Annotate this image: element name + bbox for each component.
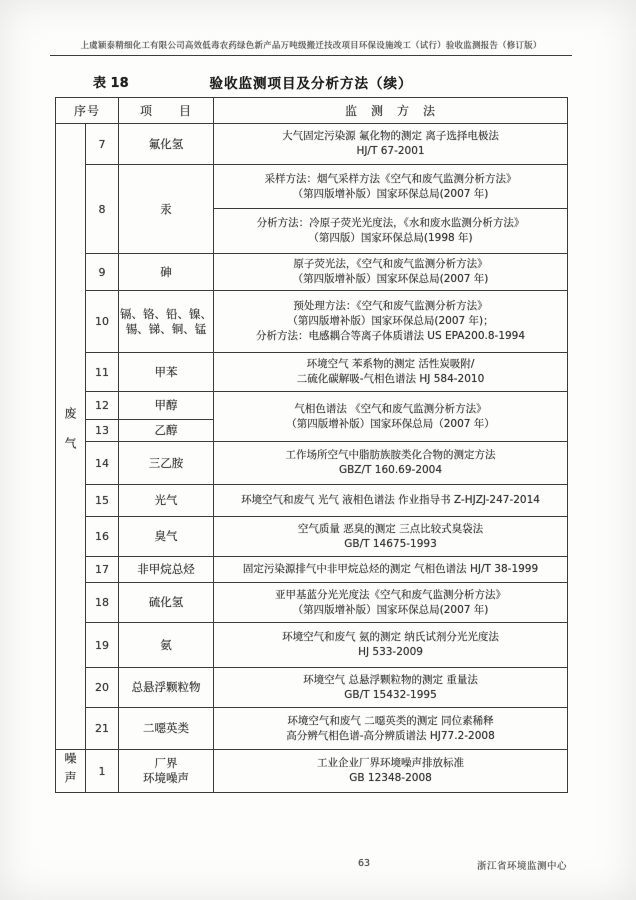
item-cell: 镉、铬、铅、镍、 锡、锑、铜、锰 [119, 291, 214, 353]
table-row: 8 汞 采样方法：烟气采样方法《空气和废气监测分析方法》 （第四版增补版）国家环… [56, 165, 568, 209]
document-page: 上虞颖泰精细化工有限公司高效低毒农药绿色新产品万吨级搬迁技改项目环保设施竣工（试… [0, 0, 636, 900]
table-row: 21 二噁英类 环境空气和废气 二噁英类的测定 同位素稀释 高分辨气相色谱-高分… [56, 708, 568, 750]
method-cell: 工业企业厂界环境噪声排放标准 GB 12348-2008 [214, 750, 568, 793]
method-line: GB/T 14675-1993 [214, 537, 567, 552]
table-row: 17 非甲烷总烃 固定污染源排气中非甲烷总烃的测定 气相色谱法 HJ/T 38-… [56, 557, 568, 583]
running-header: 上虞颖泰精细化工有限公司高效低毒农药绿色新产品万吨级搬迁技改项目环保设施竣工（试… [50, 39, 572, 56]
table-row: 15 光气 环境空气和废气 光气 液相色谱法 作业指导书 Z-HJZJ-247-… [56, 485, 568, 517]
table-row: 废气 7 氟化氢 大气固定污染源 氟化物的测定 离子选择电极法 HJ/T 67-… [56, 124, 568, 165]
page-number: 63 [358, 858, 370, 869]
method-cell-analysis: 分析方法：冷原子荧光光度法，《水和废水监测分析方法》 （第四版）国家环保总局(1… [214, 209, 568, 254]
seq-cell: 9 [86, 254, 119, 291]
item-cell: 硫化氢 [119, 583, 214, 623]
seq-cell: 14 [86, 442, 119, 485]
table-row: 11 甲苯 环境空气 苯系物的测定 活性炭吸附/ 二硫化碳解吸-气相色谱法 HJ… [56, 353, 568, 392]
seq-cell: 7 [86, 124, 119, 165]
method-line: 高分辨气相色谱-高分辨质谱法 HJ77.2-2008 [214, 729, 567, 744]
item-line: 锡、锑、铜、锰 [119, 322, 213, 337]
seq-cell: 11 [86, 353, 119, 392]
table-row: 12 甲醇 气相色谱法 《空气和废气监测分析方法》 （第四版增补版）国家环保总局… [56, 392, 568, 420]
item-line: 环境噪声 [119, 771, 213, 786]
method-line: 气相色谱法 《空气和废气监测分析方法》 [214, 402, 567, 417]
seq-cell: 16 [86, 517, 119, 557]
table-row: 16 臭气 空气质量 恶臭的测定 三点比较式臭袋法 GB/T 14675-199… [56, 517, 568, 557]
table-row: 10 镉、铬、铅、镍、 锡、锑、铜、锰 预处理方法：《空气和废气监测分析方法》 … [56, 291, 568, 353]
seq-cell: 12 [86, 392, 119, 420]
seq-cell: 10 [86, 291, 119, 353]
method-line: 环境空气和废气 氨的测定 纳氏试剂分光光度法 [214, 630, 567, 645]
method-line: 固定污染源排气中非甲烷总烃的测定 气相色谱法 HJ/T 38-1999 [214, 562, 567, 577]
item-line: 厂界 [119, 756, 213, 771]
method-line: HJ 533-2009 [214, 645, 567, 660]
seq-cell: 18 [86, 583, 119, 623]
title-row: 表 18 验收监测项目及分析方法（续） [55, 72, 567, 92]
item-cell: 二噁英类 [119, 708, 214, 750]
item-cell: 乙醇 [119, 420, 214, 442]
item-cell: 厂界 环境噪声 [119, 750, 214, 793]
item-cell: 氟化氢 [119, 124, 214, 165]
header-method: 监 测 方 法 [214, 98, 568, 124]
method-line: （第四版增补版）国家环保总局(2007 年)； [214, 314, 567, 329]
method-line: GB/T 15432-1995 [214, 688, 567, 703]
method-line: 大气固定污染源 氟化物的测定 离子选择电极法 [214, 129, 567, 144]
method-line: 采样方法：烟气采样方法《空气和废气监测分析方法》 [214, 172, 567, 187]
method-cell: 环境空气和废气 光气 液相色谱法 作业指导书 Z-HJZJ-247-2014 [214, 485, 568, 517]
method-line: GB 12348-2008 [214, 771, 567, 786]
item-cell: 非甲烷总烃 [119, 557, 214, 583]
item-cell: 氨 [119, 623, 214, 668]
item-cell: 臭气 [119, 517, 214, 557]
row-group-label-gas: 废气 [56, 124, 86, 750]
table-header-row: 序号 项 目 监 测 方 法 [56, 98, 568, 124]
item-cell: 砷 [119, 254, 214, 291]
method-line: 环境空气 苯系物的测定 活性炭吸附/ [214, 357, 567, 372]
table-row: 19 氨 环境空气和废气 氨的测定 纳氏试剂分光光度法 HJ 533-2009 [56, 623, 568, 668]
method-cell: 环境空气和废气 氨的测定 纳氏试剂分光光度法 HJ 533-2009 [214, 623, 568, 668]
method-cell: 固定污染源排气中非甲烷总烃的测定 气相色谱法 HJ/T 38-1999 [214, 557, 568, 583]
method-cell: 环境空气 总悬浮颗粒物的测定 重量法 GB/T 15432-1995 [214, 668, 568, 708]
method-cell: 环境空气和废气 二噁英类的测定 同位素稀释 高分辨气相色谱-高分辨质谱法 HJ7… [214, 708, 568, 750]
method-cell-shared: 气相色谱法 《空气和废气监测分析方法》 （第四版增补版）国家环保总局（2007 … [214, 392, 568, 442]
method-line: （第四版增补版）国家环保总局（2007 年） [214, 417, 567, 432]
monitoring-methods-table: 序号 项 目 监 测 方 法 废气 7 氟化氢 大气固定污染源 氟化物的测定 离… [55, 97, 568, 793]
seq-cell: 15 [86, 485, 119, 517]
method-cell-sampling: 采样方法：烟气采样方法《空气和废气监测分析方法》 （第四版增补版）国家环保总局(… [214, 165, 568, 209]
item-cell: 光气 [119, 485, 214, 517]
seq-cell: 19 [86, 623, 119, 668]
seq-cell: 21 [86, 708, 119, 750]
method-cell: 原子荧光法，《空气和废气监测分析方法》 （第四版增补版）国家环保总局(2007 … [214, 254, 568, 291]
seq-cell: 20 [86, 668, 119, 708]
method-cell: 空气质量 恶臭的测定 三点比较式臭袋法 GB/T 14675-1993 [214, 517, 568, 557]
row-group-label-noise: 噪声 [56, 750, 86, 793]
method-cell: 环境空气 苯系物的测定 活性炭吸附/ 二硫化碳解吸-气相色谱法 HJ 584-2… [214, 353, 568, 392]
method-line: 原子荧光法，《空气和废气监测分析方法》 [214, 257, 567, 272]
method-cell: 亚甲基蓝分光光度法《空气和废气监测分析方法》 （第四版增补版）国家环保总局(20… [214, 583, 568, 623]
method-line: （第四版增补版）国家环保总局(2007 年) [214, 603, 567, 618]
header-item: 项 目 [119, 98, 214, 124]
method-line: 分析方法：电感耦合等离子体质谱法 US EPA200.8-1994 [214, 329, 567, 344]
seq-cell: 13 [86, 420, 119, 442]
footer-organization: 浙江省环境监测中心 [477, 858, 567, 872]
item-cell: 总悬浮颗粒物 [119, 668, 214, 708]
method-cell: 预处理方法：《空气和废气监测分析方法》 （第四版增补版）国家环保总局(2007 … [214, 291, 568, 353]
method-line: 工业企业厂界环境噪声排放标准 [214, 756, 567, 771]
method-line: （第四版）国家环保总局(1998 年) [214, 231, 567, 246]
table-row: 20 总悬浮颗粒物 环境空气 总悬浮颗粒物的测定 重量法 GB/T 15432-… [56, 668, 568, 708]
header-seq: 序号 [56, 98, 119, 124]
method-line: （第四版增补版）国家环保总局(2007 年) [214, 272, 567, 287]
table-row: 14 三乙胺 工作场所空气中脂肪族胺类化合物的测定方法 GBZ/T 160.69… [56, 442, 568, 485]
method-line: 二硫化碳解吸-气相色谱法 HJ 584-2010 [214, 372, 567, 387]
item-cell: 甲醇 [119, 392, 214, 420]
method-line: 亚甲基蓝分光光度法《空气和废气监测分析方法》 [214, 588, 567, 603]
method-line: 分析方法：冷原子荧光光度法，《水和废水监测分析方法》 [214, 216, 567, 231]
method-cell: 大气固定污染源 氟化物的测定 离子选择电极法 HJ/T 67-2001 [214, 124, 568, 165]
method-line: 环境空气 总悬浮颗粒物的测定 重量法 [214, 673, 567, 688]
seq-cell: 1 [86, 750, 119, 793]
method-cell: 工作场所空气中脂肪族胺类化合物的测定方法 GBZ/T 160.69-2004 [214, 442, 568, 485]
item-cell: 三乙胺 [119, 442, 214, 485]
page-title: 验收监测项目及分析方法（续） [55, 72, 567, 92]
seq-cell: 8 [86, 165, 119, 254]
seq-cell: 17 [86, 557, 119, 583]
table-row: 噪声 1 厂界 环境噪声 工业企业厂界环境噪声排放标准 GB 12348-200… [56, 750, 568, 793]
method-line: 工作场所空气中脂肪族胺类化合物的测定方法 [214, 448, 567, 463]
table-row: 9 砷 原子荧光法，《空气和废气监测分析方法》 （第四版增补版）国家环保总局(2… [56, 254, 568, 291]
item-line: 镉、铬、铅、镍、 [119, 307, 213, 322]
item-cell: 甲苯 [119, 353, 214, 392]
method-line: 预处理方法：《空气和废气监测分析方法》 [214, 299, 567, 314]
method-line: 环境空气和废气 二噁英类的测定 同位素稀释 [214, 714, 567, 729]
method-line: 空气质量 恶臭的测定 三点比较式臭袋法 [214, 522, 567, 537]
method-line: 环境空气和废气 光气 液相色谱法 作业指导书 Z-HJZJ-247-2014 [214, 493, 567, 508]
table-row: 18 硫化氢 亚甲基蓝分光光度法《空气和废气监测分析方法》 （第四版增补版）国家… [56, 583, 568, 623]
method-line: HJ/T 67-2001 [214, 144, 567, 159]
method-line: （第四版增补版）国家环保总局(2007 年) [214, 187, 567, 202]
item-cell: 汞 [119, 165, 214, 254]
method-line: GBZ/T 160.69-2004 [214, 463, 567, 478]
